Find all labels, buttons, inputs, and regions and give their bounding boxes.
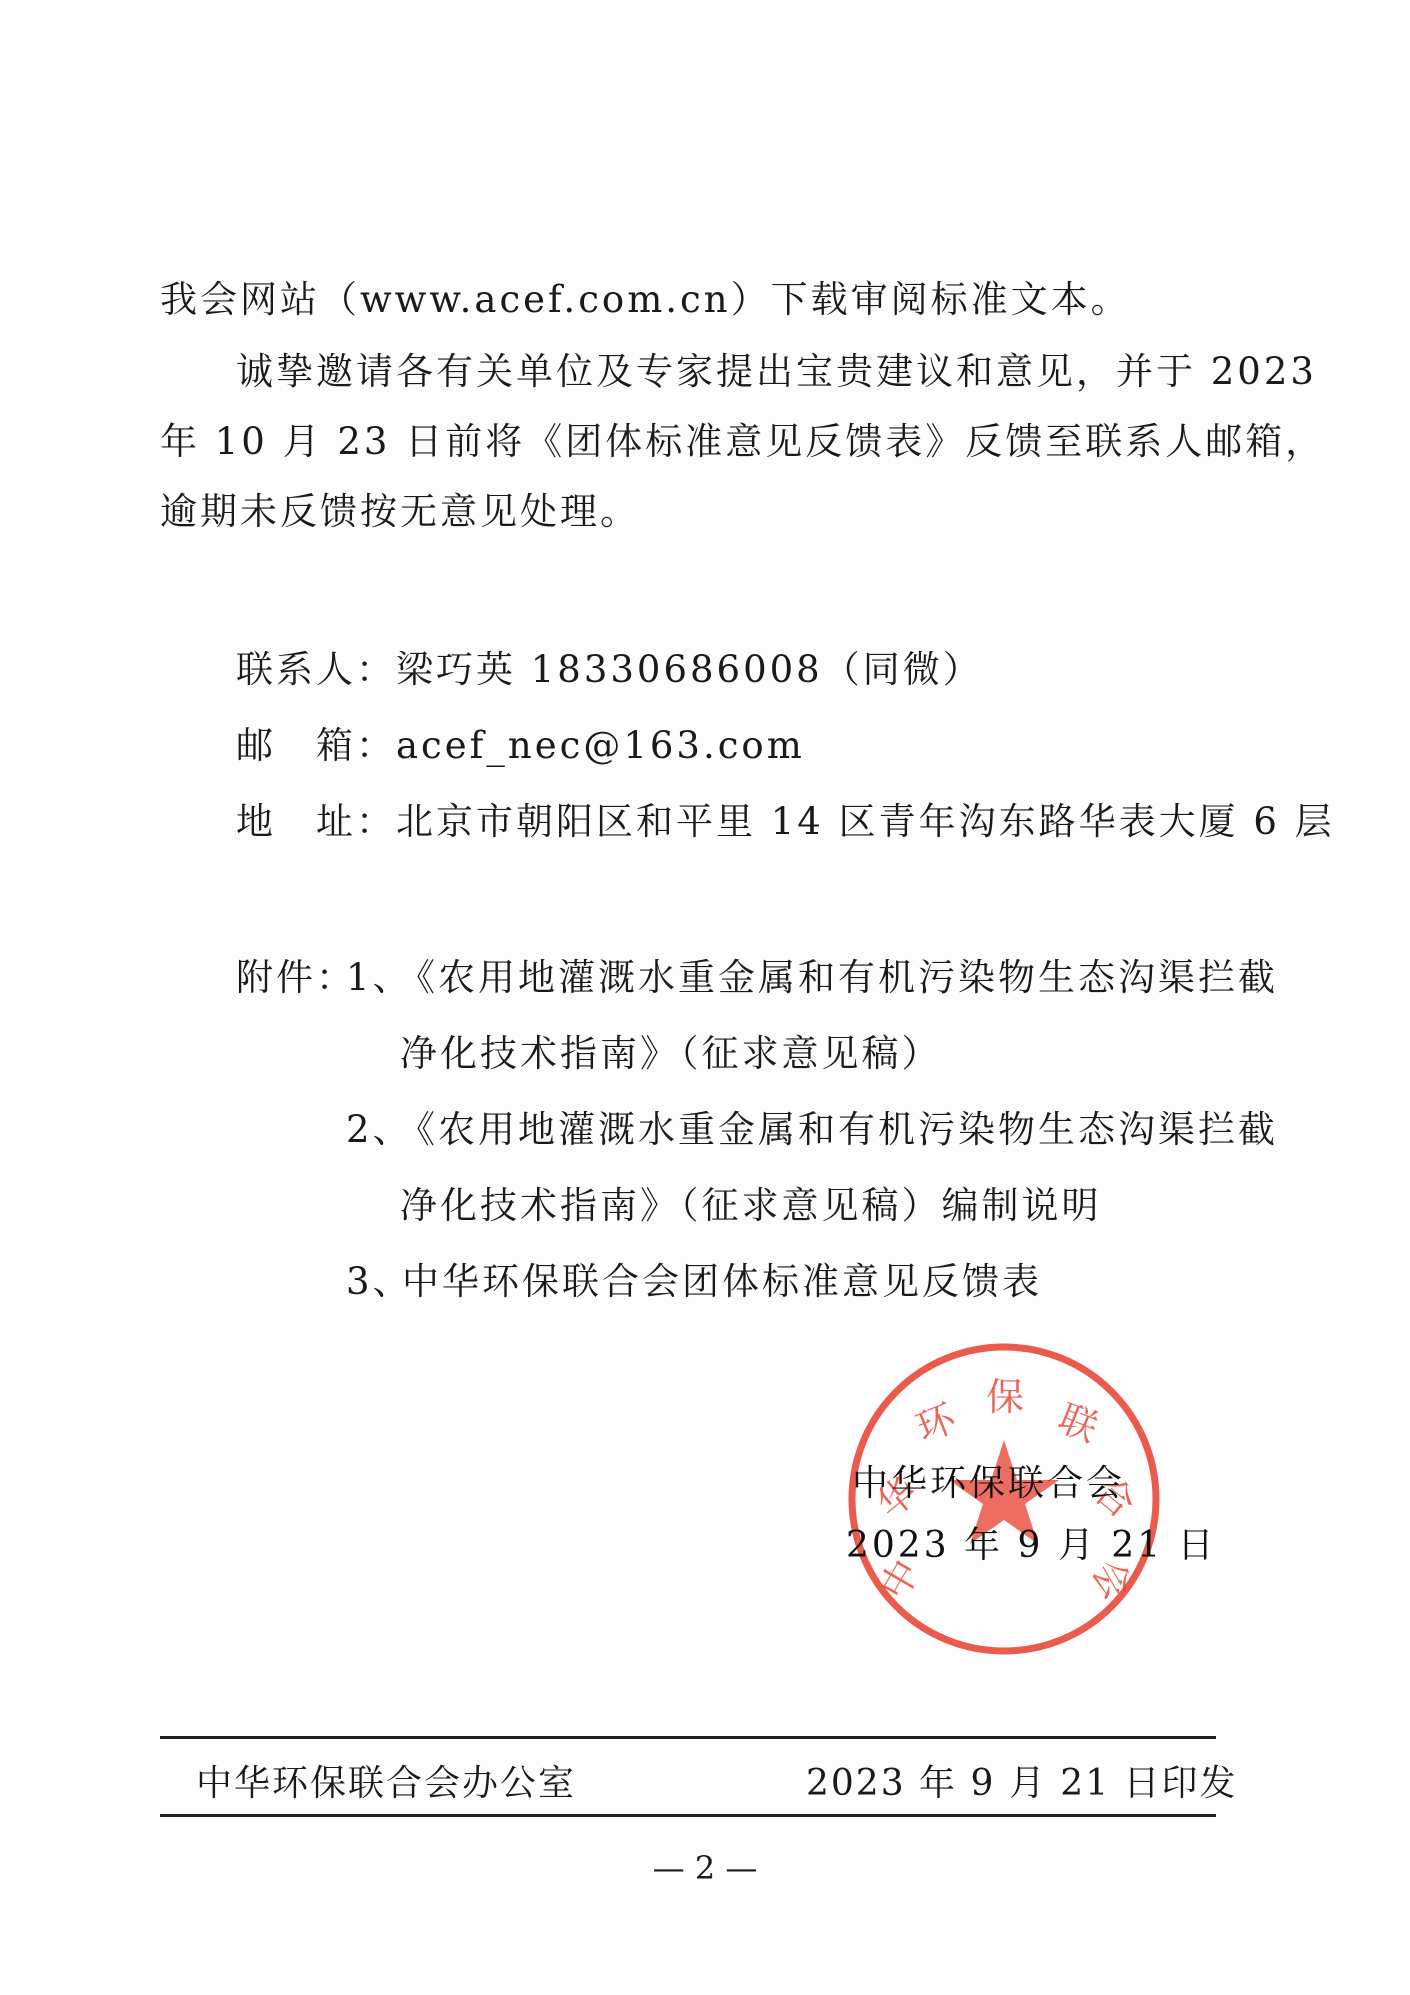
signature-date: 2023 年 9 月 21 日 bbox=[846, 1524, 1217, 1568]
paragraph-invitation-line-2: 年 10 月 23 日前将《团体标准意见反馈表》反馈至联系人邮箱， bbox=[160, 418, 1220, 466]
signature-organization: 中华环保联合会 bbox=[852, 1462, 1125, 1506]
footer-issuer: 中华环保联合会办公室 bbox=[196, 1762, 576, 1806]
footer-top-rule bbox=[160, 1736, 1216, 1739]
contact-person-value: 梁巧英 18330686008（同微） bbox=[396, 648, 983, 691]
contact-email-label: 邮 箱： bbox=[236, 724, 396, 767]
attachment-2-line-2: 净化技术指南》（征求意见稿）编制说明 bbox=[400, 1182, 1102, 1230]
contact-address-label: 地 址： bbox=[236, 800, 396, 843]
page-number: — 2 — bbox=[0, 1848, 1410, 1888]
attachment-3-line-1: 中华环保联合会团体标准意见反馈表 bbox=[402, 1258, 1042, 1306]
footer-bottom-rule bbox=[160, 1814, 1216, 1817]
contact-address-value: 北京市朝阳区和平里 14 区青年沟东路华表大厦 6 层 bbox=[396, 800, 1335, 843]
contact-person-row: 联系人：梁巧英 18330686008（同微） bbox=[236, 646, 983, 694]
document-page: 我会网站（www.acef.com.cn）下载审阅标准文本。 诚挚邀请各有关单位… bbox=[0, 0, 1410, 1995]
attachment-1-line-1: 《农用地灌溉水重金属和有机污染物生态沟渠拦截 bbox=[398, 954, 1220, 1002]
attachments-label: 附件： bbox=[236, 954, 356, 1002]
contact-address-row: 地 址：北京市朝阳区和平里 14 区青年沟东路华表大厦 6 层 bbox=[236, 798, 1335, 846]
svg-text:保: 保 bbox=[986, 1375, 1024, 1419]
contact-email-value: acef_nec@163.com bbox=[396, 724, 805, 767]
contact-person-label: 联系人： bbox=[236, 648, 396, 691]
attachment-2-line-1: 《农用地灌溉水重金属和有机污染物生态沟渠拦截 bbox=[398, 1106, 1220, 1154]
contact-email-row: 邮 箱：acef_nec@163.com bbox=[236, 722, 805, 770]
footer-issue-date: 2023 年 9 月 21 日印发 bbox=[806, 1762, 1238, 1806]
svg-text:联: 联 bbox=[1052, 1396, 1104, 1451]
attachment-1-line-2: 净化技术指南》（征求意见稿） bbox=[400, 1030, 942, 1078]
paragraph-website-line: 我会网站（www.acef.com.cn）下载审阅标准文本。 bbox=[160, 276, 1131, 324]
paragraph-invitation-line-3: 逾期未反馈按无意见处理。 bbox=[160, 488, 640, 536]
paragraph-invitation-line-1: 诚挚邀请各有关单位及专家提出宝贵建议和意见，并于 2023 bbox=[236, 348, 1220, 396]
svg-text:环: 环 bbox=[910, 1395, 963, 1450]
